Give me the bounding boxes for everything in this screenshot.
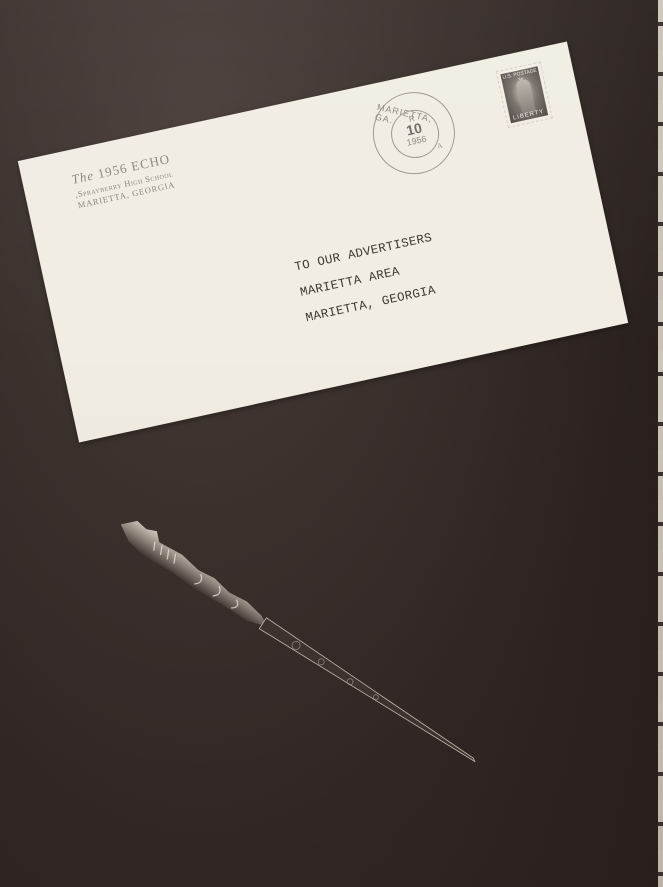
- stamp-label: LIBERTY: [510, 108, 548, 122]
- page-edge: [658, 0, 663, 887]
- postmark-day: 10: [390, 118, 438, 141]
- return-address-title: The 1956 ECHO: [46, 146, 196, 194]
- postmark-code: A: [436, 141, 443, 150]
- postage-stamp: U.S. POSTAGE 3¢ LIBERTY: [496, 62, 553, 128]
- letter-opener-icon: [107, 508, 489, 776]
- return-address-city: MARIETTA, GEORGIA: [52, 174, 201, 216]
- postmark-year: 1956: [393, 131, 440, 151]
- recipient-line-1: TO OUR ADVERTISERS: [292, 225, 435, 280]
- postmark-city: MARIETTA, GA.: [374, 102, 445, 136]
- postmark: MARIETTA, GA. R 10 1956 A: [365, 84, 463, 182]
- recipient-line-2: MARIETTA AREA: [298, 250, 441, 305]
- yearbook-page: The 1956 ECHO ,Sprayberry High School MA…: [0, 0, 663, 887]
- postmark-letter: R: [388, 109, 435, 128]
- recipient-address: TO OUR ADVERTISERS MARIETTA AREA MARIETT…: [292, 225, 446, 331]
- return-address: The 1956 ECHO ,Sprayberry High School MA…: [46, 146, 201, 216]
- stamp-denomination: U.S. POSTAGE 3¢: [501, 67, 541, 87]
- envelope: The 1956 ECHO ,Sprayberry High School MA…: [18, 41, 628, 442]
- return-address-school: ,Sprayberry High School: [50, 163, 199, 205]
- statue-of-liberty-icon: U.S. POSTAGE 3¢ LIBERTY: [500, 66, 548, 123]
- recipient-line-3: MARIETTA, GEORGIA: [303, 276, 446, 331]
- postmark-date-ring: R 10 1956: [387, 105, 444, 162]
- statue-figure: [515, 78, 536, 114]
